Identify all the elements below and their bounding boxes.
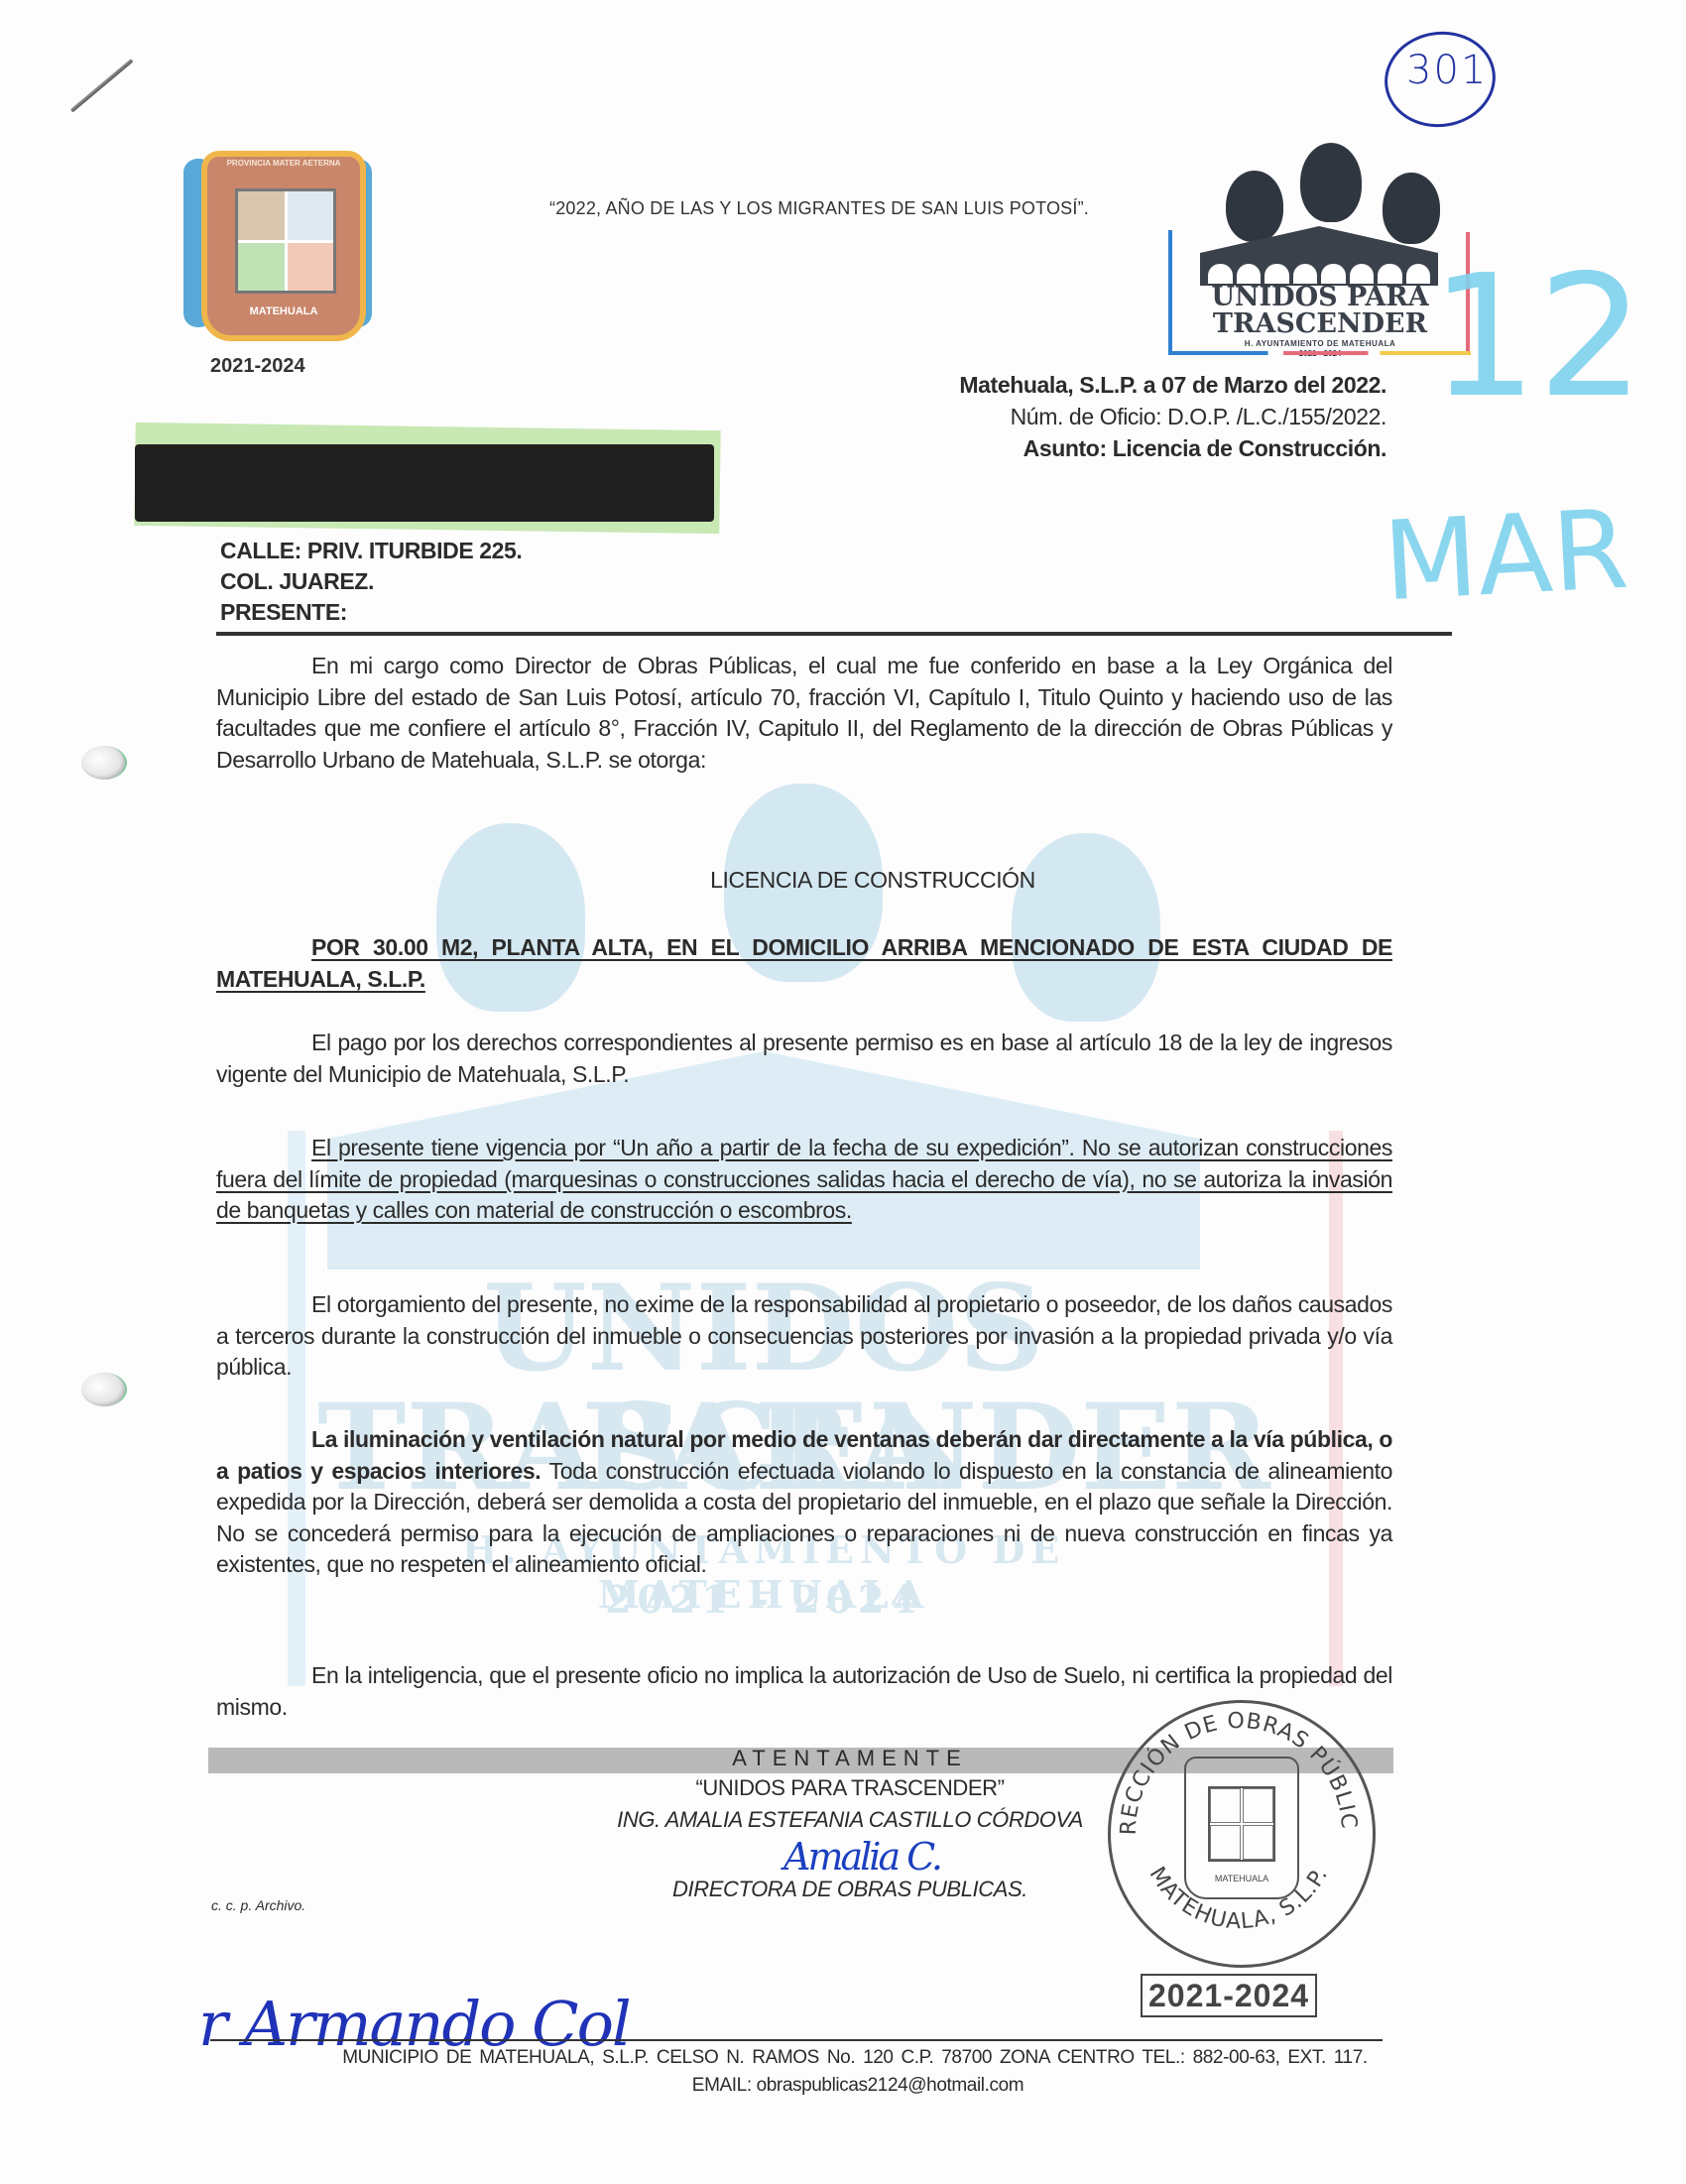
place-date: Matehuala, S.L.P. a 07 de Marzo del 2022…: [959, 369, 1386, 401]
ccp-note: c. c. p. Archivo.: [211, 1897, 305, 1913]
handwritten-number: 301: [1406, 48, 1488, 93]
oficio-number: Núm. de Oficio: D.O.P. /L.C./155/2022.: [959, 401, 1386, 432]
signer-name: ING. AMALIA ESTEFANIA CASTILLO CÓRDOVA: [0, 1807, 1686, 1833]
footer-divider: [210, 2039, 1383, 2041]
subject-line: Asunto: Licencia de Construcción.: [959, 432, 1386, 464]
letter-header-meta: Matehuala, S.L.P. a 07 de Marzo del 2022…: [959, 369, 1386, 464]
crest-banner: PROVINCIA MATER AETERNA: [225, 159, 342, 179]
license-scope: POR 30.00 M2, PLANTA ALTA, EN EL DOMICIL…: [216, 932, 1392, 995]
year-motto: “2022, AÑO DE LAS Y LOS MIGRANTES DE SAN…: [549, 198, 1089, 219]
crest-years: 2021-2024: [210, 355, 305, 378]
atentamente-label: ATENTAMENTE: [0, 1746, 1686, 1771]
punch-hole: [81, 746, 127, 780]
received-stamp-month: MAR: [1381, 495, 1630, 617]
official-seal: DIRECCIÓN DE OBRAS PÚBLICAS MATEHUALA, S…: [1108, 1700, 1376, 1968]
lighting-paragraph: La iluminación y ventilación natural por…: [216, 1424, 1392, 1581]
slogan: “UNIDOS PARA TRASCENDER”: [0, 1775, 1686, 1801]
recipient-address: CALLE: PRIV. ITURBIDE 225. COL. JUAREZ. …: [220, 536, 522, 628]
recipient-presente: PRESENTE:: [220, 597, 522, 628]
header-divider: [216, 632, 1452, 636]
seal-years: 2021-2024: [1141, 1974, 1317, 2017]
watermark-logo: UNIDOS PARA TRASCENDER H. AYUNTAMIENTO D…: [298, 774, 1369, 1765]
footer-address: MUNICIPIO DE MATEHUALA, S.L.P. CELSO N. …: [0, 2047, 1686, 2069]
intro-paragraph: En mi cargo como Director de Obras Públi…: [216, 651, 1392, 776]
staple-mark: [70, 59, 134, 112]
recipient-street: CALLE: PRIV. ITURBIDE 225.: [220, 536, 522, 566]
punch-hole: [81, 1373, 127, 1406]
footer-email: EMAIL: obraspublicas2124@hotmail.com: [0, 2075, 1686, 2097]
redacted-recipient-name: [135, 444, 714, 522]
payment-paragraph: El pago por los derechos correspondiente…: [216, 1028, 1392, 1090]
validity-paragraph: El presente tiene vigencia por “Un año a…: [216, 1133, 1392, 1227]
license-title: LICENCIA DE CONSTRUCCIÓN: [0, 867, 1686, 894]
director-signature: Amalia C.: [783, 1835, 940, 1879]
municipal-crest: PROVINCIA MATER AETERNA MATEHUALA: [183, 139, 372, 337]
recipient-colonia: COL. JUAREZ.: [220, 566, 522, 597]
crest-name: MATEHUALA: [207, 305, 360, 317]
seal-crest: MATEHUALA: [1184, 1757, 1299, 1899]
liability-paragraph: El otorgamiento del presente, no exime d…: [216, 1289, 1392, 1384]
received-stamp-day: 12: [1430, 253, 1644, 422]
